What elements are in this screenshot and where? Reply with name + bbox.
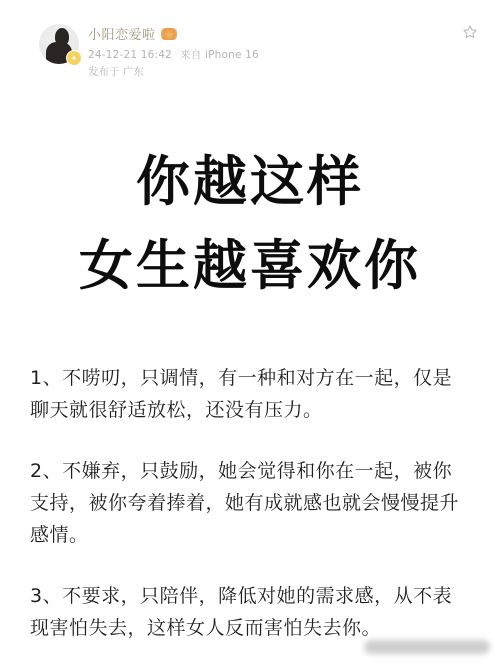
vip-badge-icon: ✦: [66, 50, 82, 66]
post-timestamp: 24-12-21 16:42: [88, 49, 172, 61]
point-item-3: 3、不要求，只陪伴，降低对她的需求感，从不表现害怕失去，这样女人反而害怕失去你。: [30, 580, 460, 644]
points-list: 1、不唠叨，只调情，有一种和对方在一起，仅是聊天就很舒适放松，还没有压力。 2、…: [30, 362, 460, 666]
star-icon[interactable]: [462, 24, 478, 40]
post-header: ✦ 小阳恋爱啦 24-12-21 16:42来自 iPhone 16 发布于 广…: [0, 0, 500, 90]
post-location: 发布于 广东: [88, 64, 144, 79]
headline: 你越这样 女生越喜欢你: [0, 140, 500, 308]
author-name[interactable]: 小阳恋爱啦: [88, 24, 156, 43]
blurred-watermark: [364, 640, 490, 654]
point-item-2: 2、不嫌弃，只鼓励，她会觉得和你在一起，被你支持，被你夸着捧着，她有成就感也就会…: [30, 455, 460, 551]
point-item-1: 1、不唠叨，只调情，有一种和对方在一起，仅是聊天就很舒适放松，还没有压力。: [30, 362, 460, 426]
post-source: 来自 iPhone 16: [180, 49, 259, 61]
headline-line-1: 你越这样: [0, 140, 500, 224]
fan-medal-icon[interactable]: [161, 28, 177, 40]
username-row: 小阳恋爱啦: [88, 24, 177, 43]
post-meta: 24-12-21 16:42来自 iPhone 16: [88, 47, 259, 62]
headline-line-2: 女生越喜欢你: [0, 224, 500, 308]
